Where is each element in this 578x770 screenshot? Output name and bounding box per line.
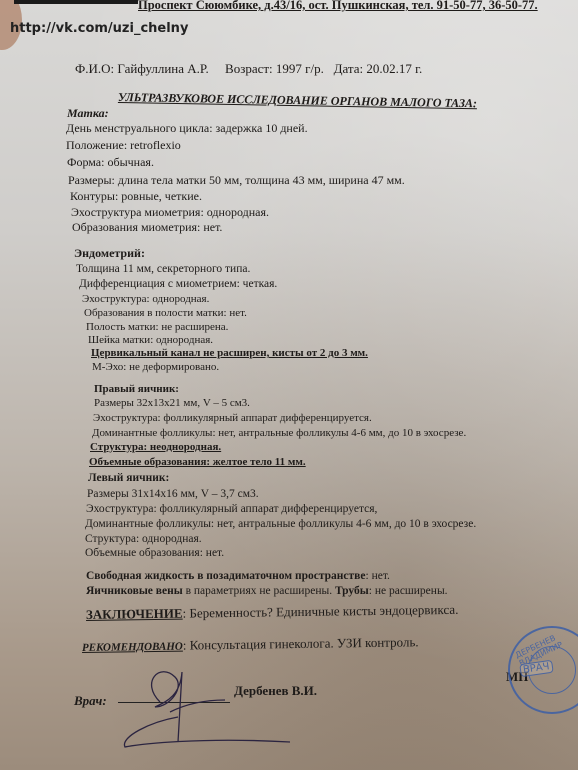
name-label: Ф.И.О: bbox=[75, 61, 114, 76]
left-ovary-line: Эхоструктура: фолликулярный аппарат дифф… bbox=[86, 502, 377, 516]
endometrium-line: Шейка матки: однородная. bbox=[88, 333, 213, 347]
redacted-bar bbox=[14, 0, 138, 4]
left-ovary-line: Доминантные фолликулы: нет, антральные ф… bbox=[85, 517, 476, 531]
free-fluid: Свободная жидкость в позадиматочном прос… bbox=[86, 569, 390, 583]
endometrium-line: Эхоструктура: однородная. bbox=[82, 292, 209, 306]
m-echo: М-Эхо: не деформировано. bbox=[92, 360, 219, 374]
document-title: УЛЬТРАЗВУКОВОЕ ИССЛЕДОВАНИЕ ОРГАНОВ МАЛО… bbox=[118, 90, 477, 110]
patient-info: Ф.И.О: Гайфуллина А.Р. Возраст: 1997 г/р… bbox=[75, 62, 422, 76]
patient-name: Гайфуллина А.Р. bbox=[117, 61, 208, 76]
endometrium-line: Дифференциация с миометрием: четкая. bbox=[79, 277, 277, 291]
uterus-heading: Матка: bbox=[67, 106, 109, 120]
conclusion: ЗАКЛЮЧЕНИЕ: Беременность? Единичные кист… bbox=[86, 603, 459, 622]
right-ovary-structure: Структура: неоднородная. bbox=[90, 440, 221, 454]
right-ovary-mass: Объемные образования: желтое тело 11 мм. bbox=[89, 455, 306, 469]
clinic-url: http://vk.com/uzi_chelny bbox=[10, 22, 188, 36]
recommended-label: РЕКОМЕНДОВАНО bbox=[82, 641, 183, 654]
uterus-line: Контуры: ровные, четкие. bbox=[70, 189, 202, 203]
uterus-line: Форма: обычная. bbox=[67, 155, 154, 169]
ovarian-veins: Яичниковые вены в параметриях не расшире… bbox=[86, 584, 448, 598]
endometrium-line: Толщина 11 мм, секреторного типа. bbox=[76, 262, 250, 276]
right-ovary-line: Эхоструктура: фолликулярный аппарат дифф… bbox=[93, 411, 372, 425]
right-ovary-line: Доминантные фолликулы: нет, антральные ф… bbox=[92, 426, 466, 440]
endometrium-line: Образования в полости матки: нет. bbox=[84, 306, 247, 320]
date-label: Дата: bbox=[334, 61, 364, 76]
veins-value: в параметриях не расширены. bbox=[183, 585, 335, 597]
tubes-label: Трубы bbox=[335, 585, 369, 597]
free-fluid-label: Свободная жидкость в позадиматочном прос… bbox=[86, 570, 366, 582]
uterus-line: Образования миометрия: нет. bbox=[72, 220, 222, 234]
uterus-line: Положение: retroflexio bbox=[66, 138, 181, 152]
left-ovary-heading: Левый яичник: bbox=[88, 471, 169, 485]
endometrium-heading-text: Эндометрий bbox=[74, 246, 141, 260]
doctor-stamp: ДЕРБЕНЕВ ВЛАДИМИР ВРАЧ bbox=[508, 626, 578, 714]
veins-label: Яичниковые вены bbox=[86, 585, 183, 597]
uterus-line: День менструального цикла: задержка 10 д… bbox=[66, 121, 308, 135]
conclusion-text: : Беременность? Единичные кисты эндоцерв… bbox=[183, 602, 459, 621]
uterus-line: Эхоструктура миометрия: однородная. bbox=[71, 205, 269, 219]
right-ovary-heading: Правый яичник: bbox=[94, 382, 179, 396]
uterus-line: Размеры: длина тела матки 50 мм, толщина… bbox=[68, 173, 405, 187]
right-ovary-line: Размеры 32х13х21 мм, V – 5 см3. bbox=[94, 396, 250, 410]
clinic-address: Проспект Сююмбике, д.43/16, ост. Пушкинс… bbox=[138, 0, 538, 12]
left-ovary-line: Размеры 31х14х16 мм, V – 3,7 см3. bbox=[87, 487, 259, 501]
left-ovary-line: Объемные образования: нет. bbox=[85, 546, 224, 560]
exam-date: 20.02.17 г. bbox=[366, 61, 422, 76]
document-sheet: Проспект Сююмбике, д.43/16, ост. Пушкинс… bbox=[0, 0, 578, 770]
left-ovary-line: Структура: однородная. bbox=[85, 532, 202, 546]
cervical-canal-finding: Цервикальный канал не расширен, кисты от… bbox=[91, 346, 368, 360]
signature-scribble bbox=[100, 662, 300, 752]
free-fluid-value: : нет. bbox=[366, 570, 390, 582]
endometrium-line: Полость матки: не расширена. bbox=[86, 320, 228, 334]
age-label: Возраст: bbox=[225, 61, 273, 76]
recommended-text: : Консультация гинеколога. УЗИ контроль. bbox=[183, 634, 419, 652]
tubes-value: : не расширены. bbox=[369, 585, 448, 597]
endometrium-heading: Эндометрий: bbox=[74, 246, 145, 260]
recommendation: РЕКОМЕНДОВАНО: Консультация гинеколога. … bbox=[82, 635, 419, 655]
patient-age: 1997 г/р. bbox=[276, 61, 324, 76]
uterus-heading-text: Матка bbox=[67, 106, 105, 120]
conclusion-label: ЗАКЛЮЧЕНИЕ bbox=[86, 606, 183, 622]
